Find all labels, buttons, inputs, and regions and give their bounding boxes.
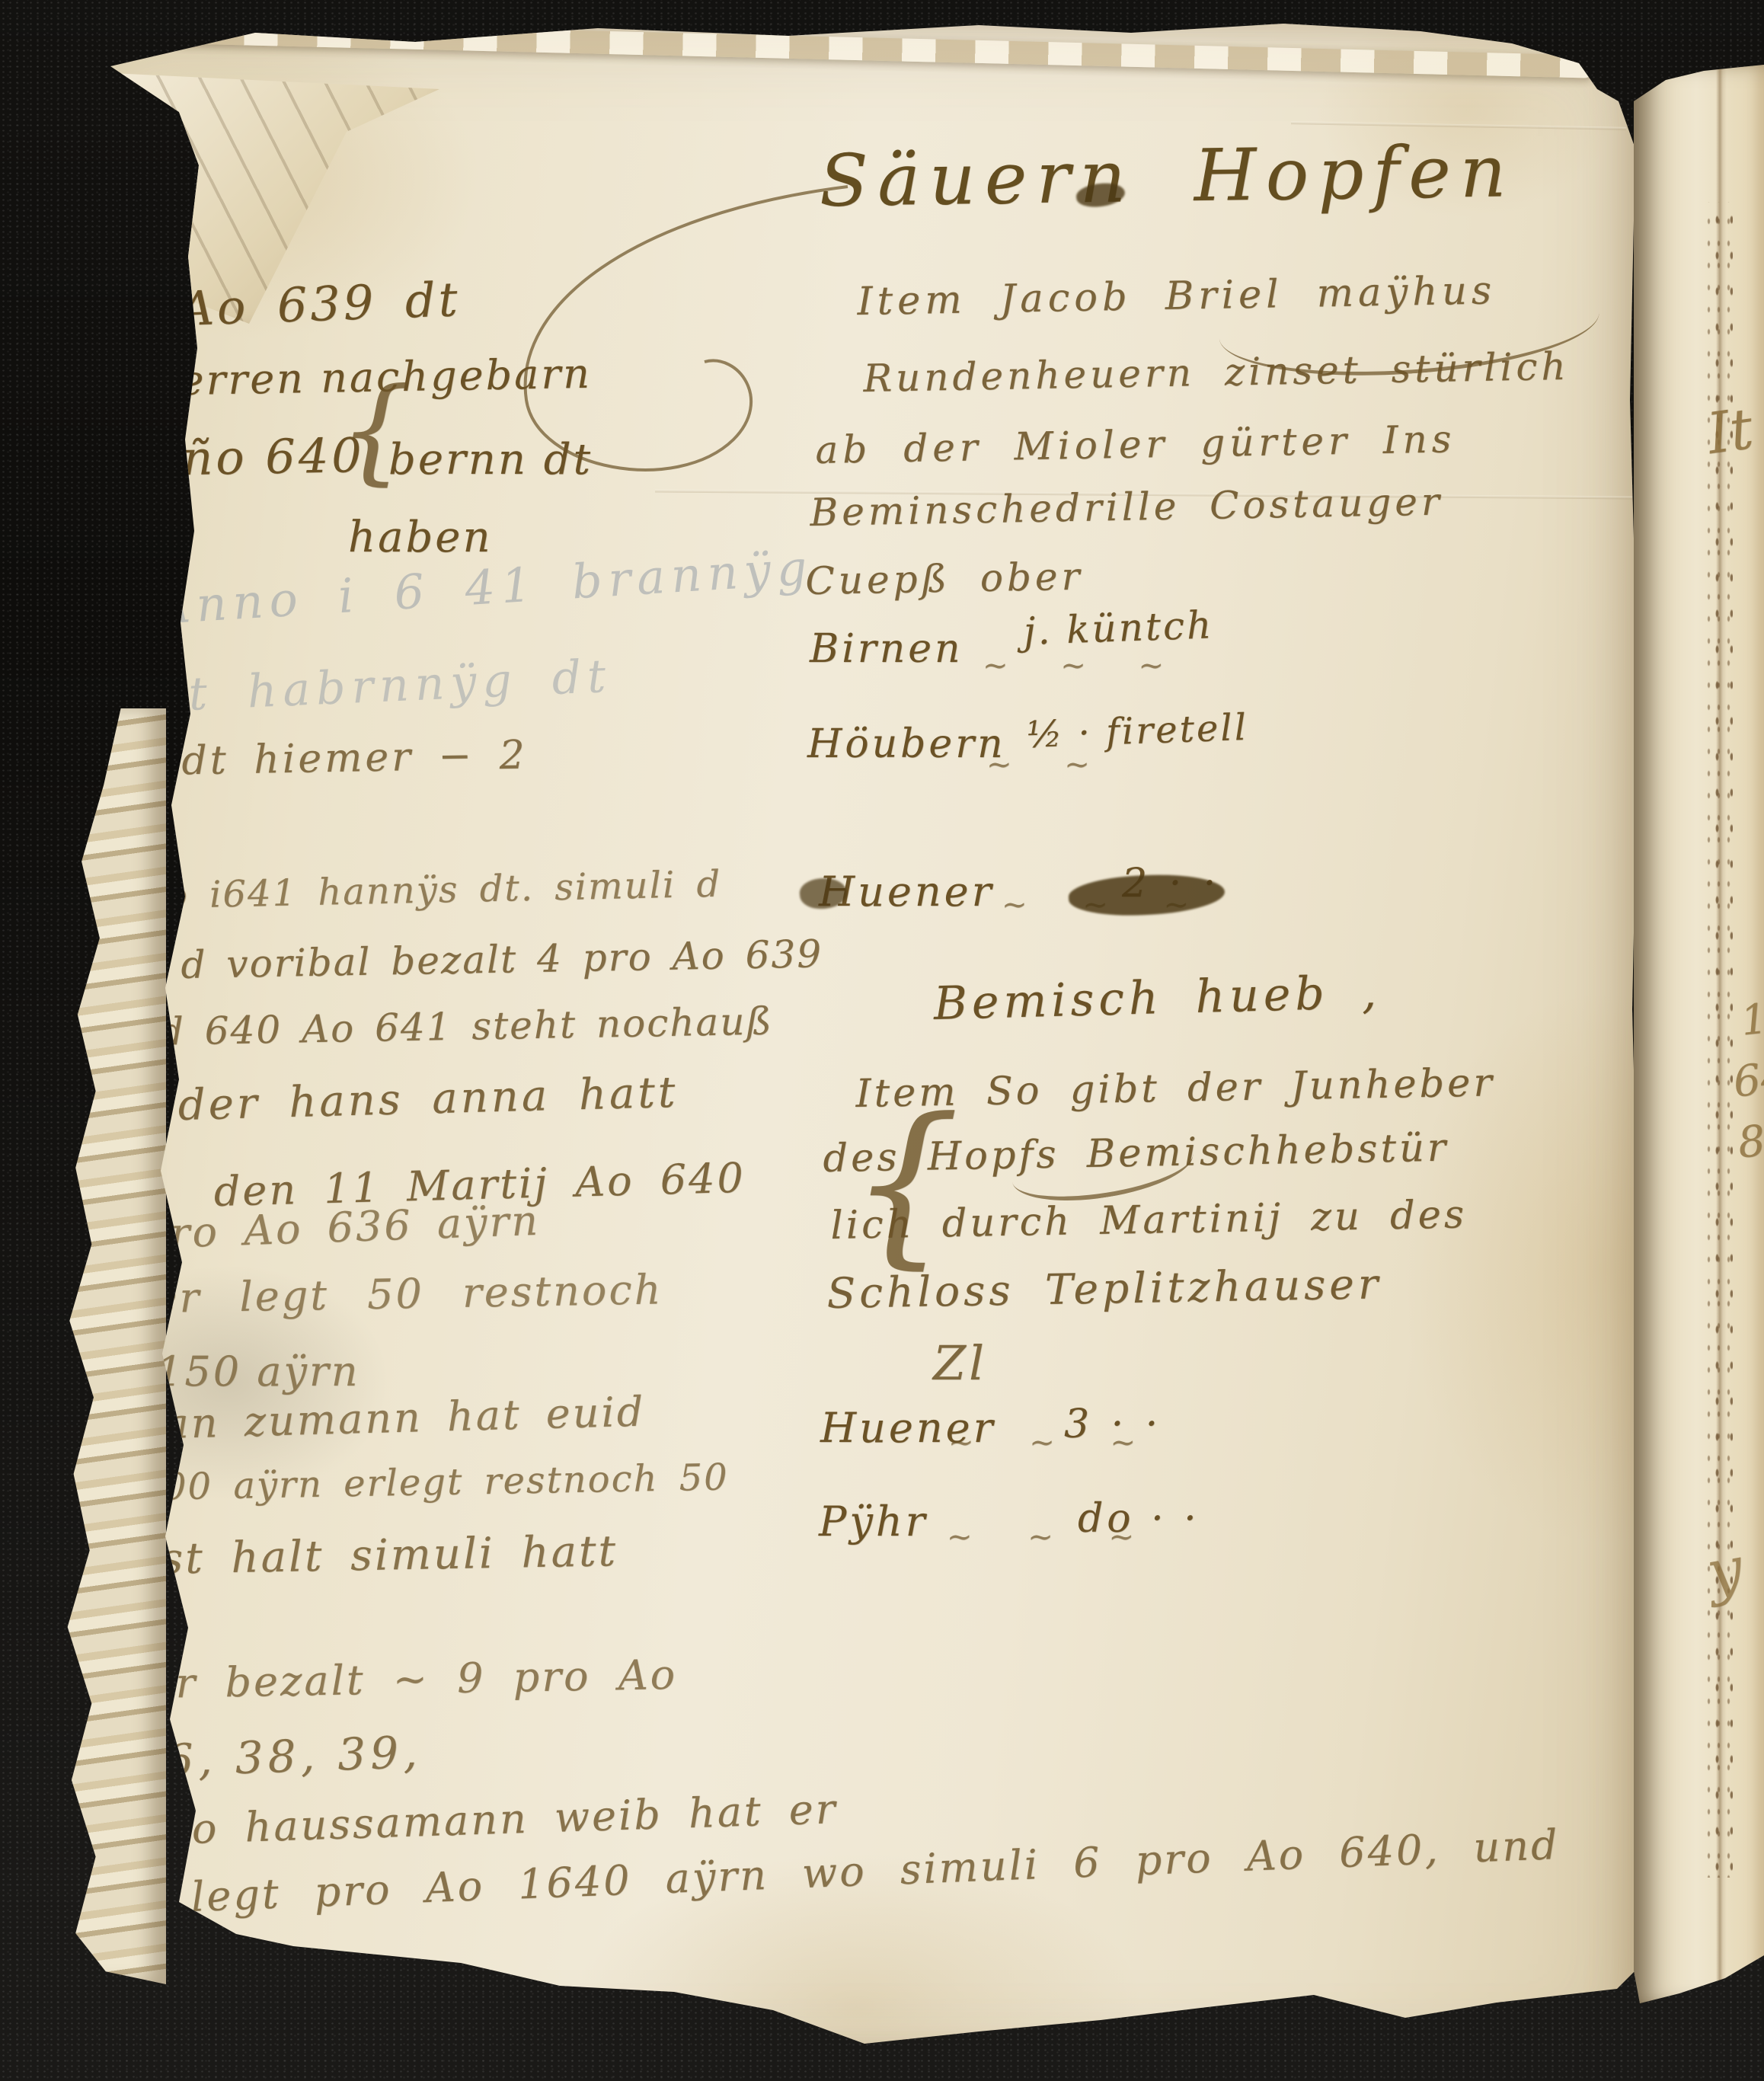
account-line: der hans anna hatt — [177, 1071, 679, 1129]
entry-line: lich durch Martinij zu des — [830, 1194, 1467, 1246]
due-amount: do · · — [1078, 1498, 1200, 1540]
margin-note-line: bernn dt — [388, 438, 593, 483]
entry-line: Zl — [933, 1338, 987, 1388]
account-line: er bezalt ~ 9 pro Ao — [149, 1654, 678, 1706]
margin-note-line: Ao 639 dt — [179, 274, 462, 334]
account-line: pro Ao 636 aÿrn — [141, 1200, 541, 1257]
text-fragment: 64 — [1731, 1056, 1764, 1106]
due-item: Höubern — [807, 724, 1006, 766]
entry-line: Schloss Teplitzhauser — [826, 1262, 1382, 1315]
entry-line: Beminschedrille Costauger — [810, 481, 1443, 532]
entry-line: ab der Mioler gürter Ins — [815, 419, 1456, 470]
paper-crease — [1291, 121, 1626, 130]
account-line: Und 640 Ao 641 steht nochauß — [99, 1002, 773, 1053]
entry-line: Cuepß ober — [805, 557, 1084, 602]
margin-note-line: Año 640 — [145, 430, 365, 484]
section-heading: Bemisch hueb , — [933, 969, 1382, 1028]
facing-page: It 1 64 8 y — [1634, 65, 1764, 2003]
due-amount: 3 · · — [1064, 1404, 1162, 1446]
account-line: 641 — [164, 1955, 256, 2003]
due-dashes: ~ ~ ~ — [983, 650, 1185, 682]
manuscript-photo: Säuern Hopfen Ao 639 dt Herren nachgebar… — [0, 0, 1764, 2081]
entry-line: Item So gibt der Junheber — [855, 1063, 1495, 1114]
pencil-note-line: dt habrnnÿg dt — [152, 653, 612, 721]
book-fore-edge-pages — [66, 708, 166, 1984]
text-fragment: 8 — [1736, 1119, 1764, 1166]
account-line: han zumann hat euid — [135, 1390, 646, 1446]
entry-line: des Hopfs Bemischhebstür — [823, 1128, 1449, 1180]
due-item: Birnen — [810, 628, 963, 670]
account-line: er legt 50 restnoch — [152, 1268, 663, 1320]
account-line: 36, 38, 39, — [132, 1729, 422, 1785]
brace-mark: { — [849, 1092, 960, 1276]
account-line: ist halt simuli hatt — [145, 1530, 618, 1583]
account-line: anno i641 hannÿs dt. simuli d — [91, 865, 722, 917]
account-line: 100 aÿrn erlegt restnoch 50 — [138, 1458, 729, 1507]
account-line: 150 aÿrn — [156, 1351, 360, 1394]
page-heading: Säuern Hopfen — [819, 135, 1516, 219]
account-line: hat d voribal bezalt 4 pro Ao 639 — [94, 934, 823, 986]
due-amount: ½ · firetell — [1026, 708, 1249, 755]
account-line: So haussamann weib hat er — [161, 1788, 838, 1852]
text-fragment: It — [1704, 400, 1756, 465]
top-deckled-edge — [171, 21, 1595, 78]
due-item: Pÿhr — [819, 1501, 928, 1544]
due-amount: j. küntch — [1023, 605, 1214, 651]
margin-note-line: haben — [348, 516, 493, 561]
entry-line: Item Jacob Briel maÿhus — [857, 270, 1496, 322]
margin-note-line: adt hiemer − 2 — [155, 734, 528, 782]
manuscript-page: Säuern Hopfen Ao 639 dt Herren nachgebar… — [65, 19, 1645, 2072]
text-fragment: 1 — [1739, 997, 1764, 1043]
